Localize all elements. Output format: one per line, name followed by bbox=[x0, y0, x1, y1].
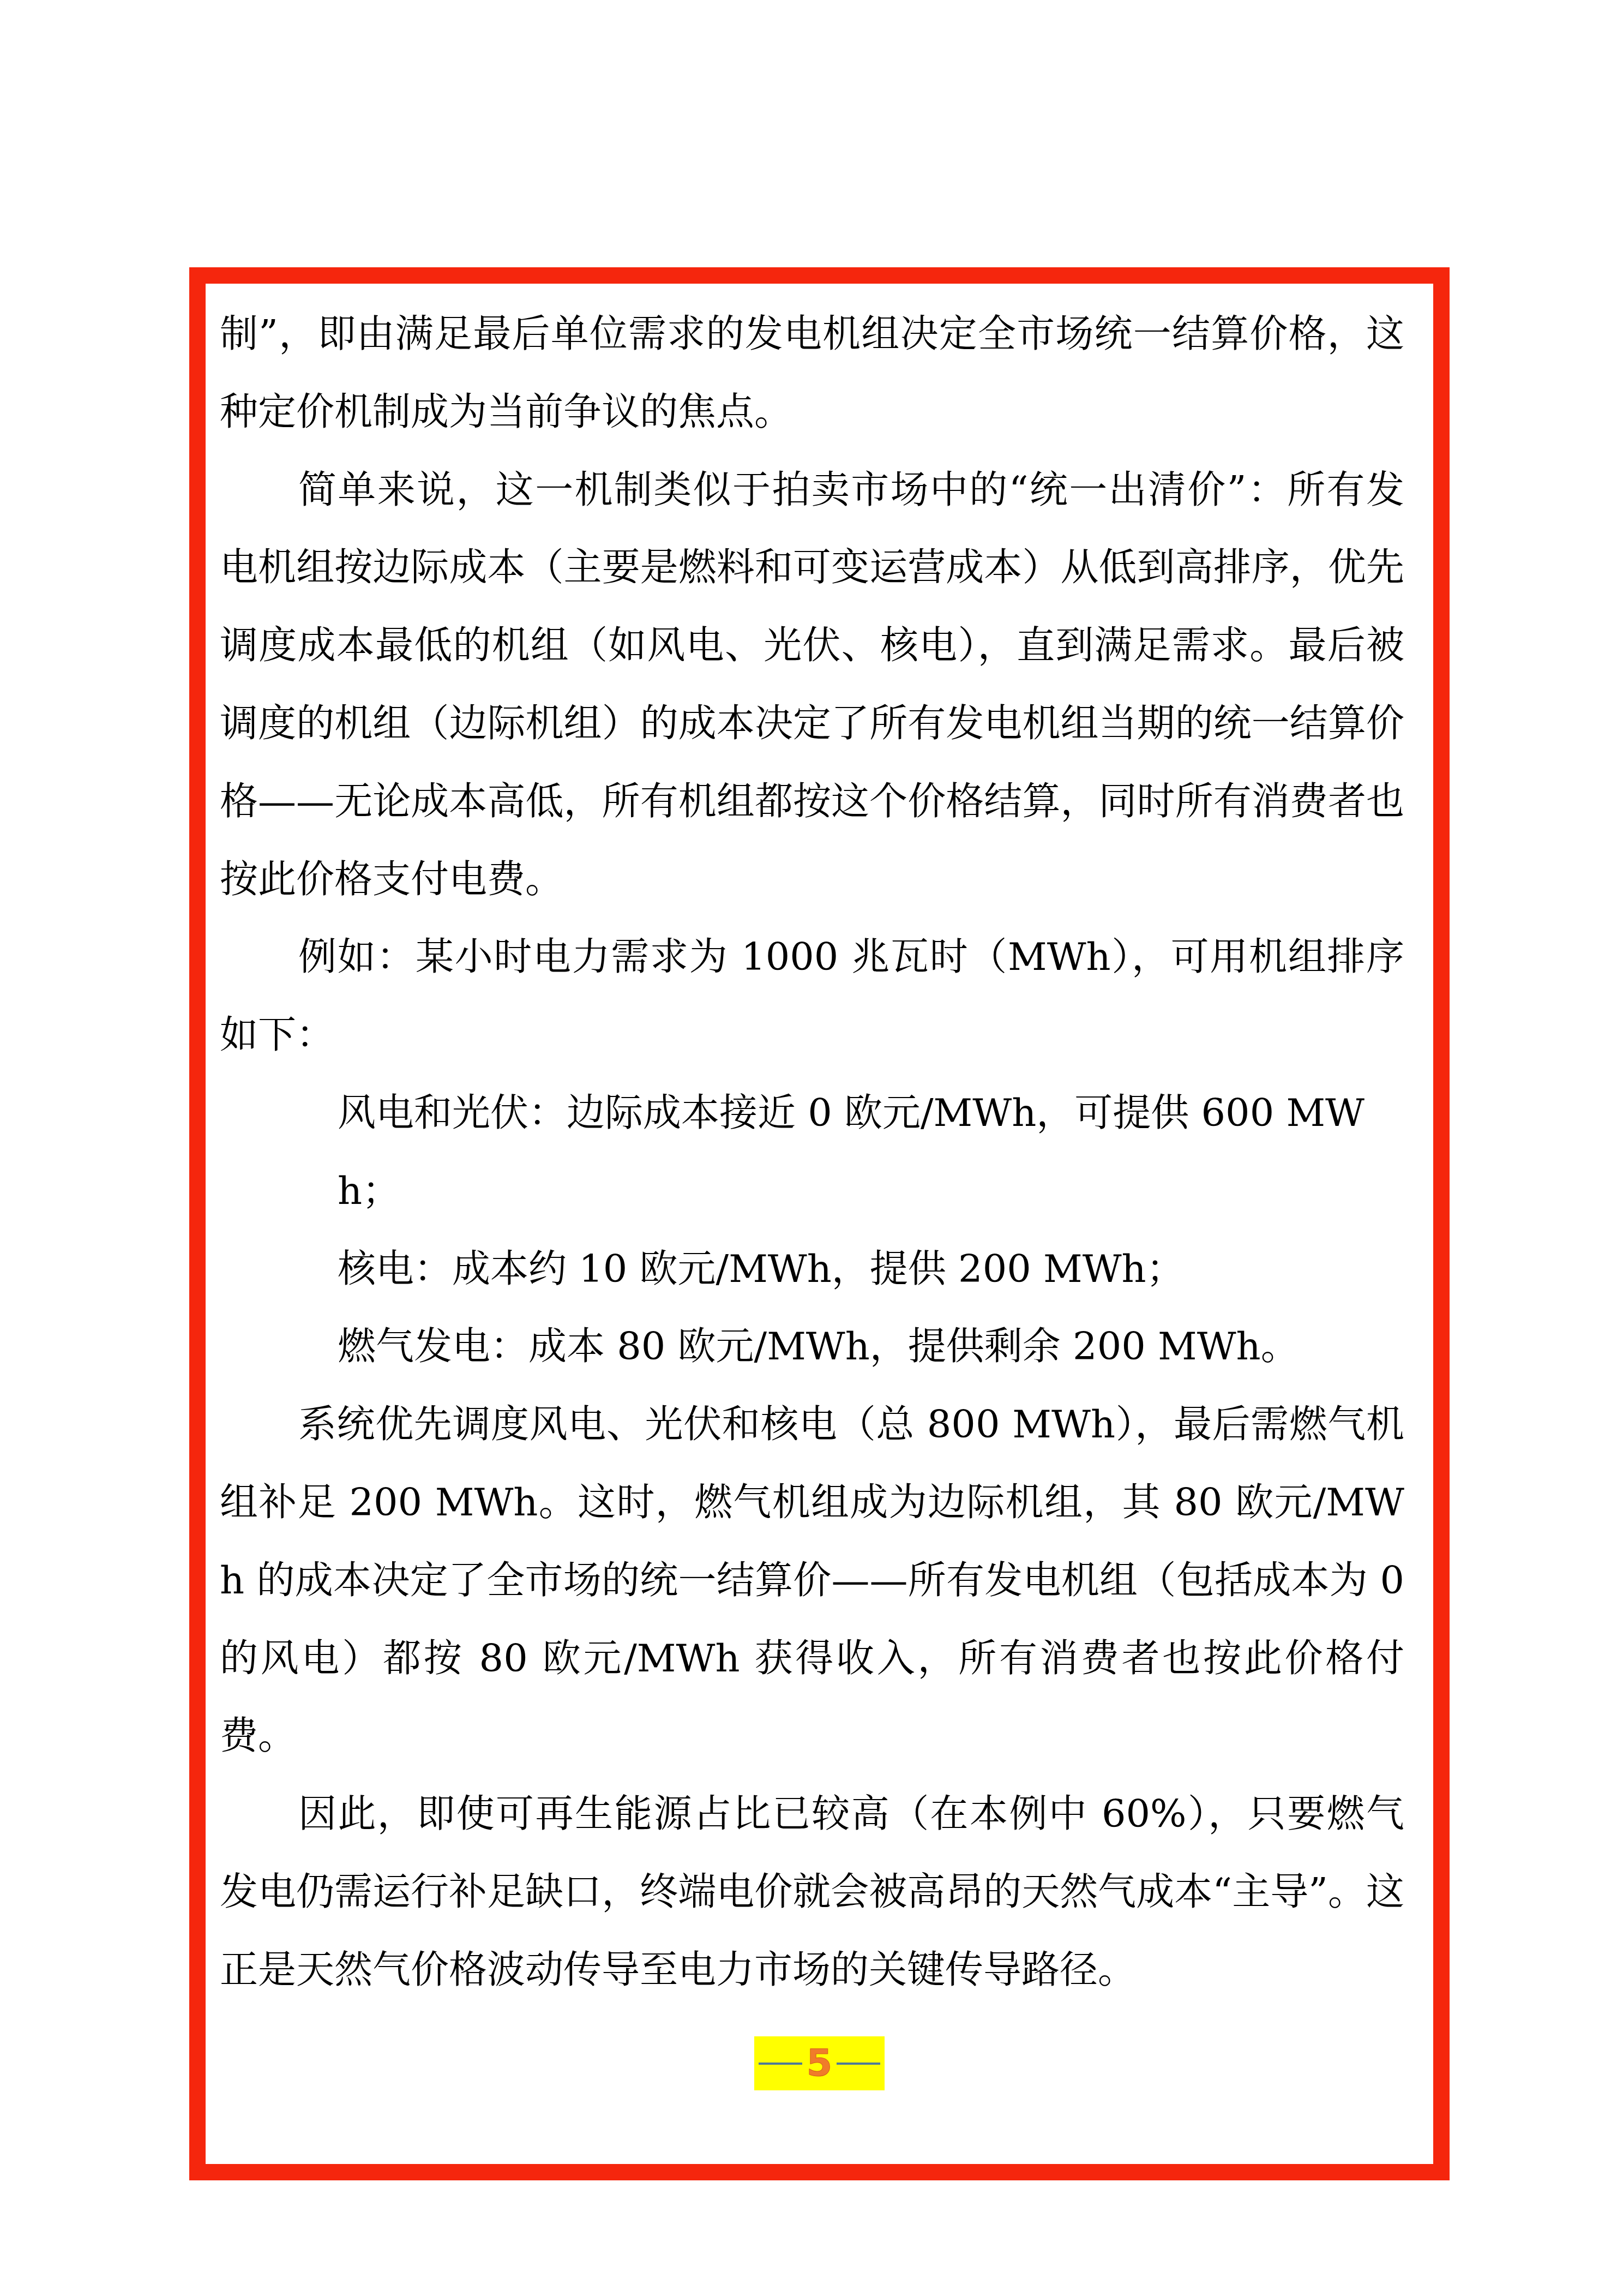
paragraph-continuation: 制”，即由满足最后单位需求的发电机组决定全市场统一结算价格，这种定价机制成为当前… bbox=[220, 295, 1404, 451]
list-item-wind-solar: 风电和光伏：边际成本接近 0 欧元/MWh，可提供 600 MWh； bbox=[220, 1074, 1404, 1230]
dash-left-decoration bbox=[759, 2063, 802, 2065]
dash-right-decoration bbox=[837, 2063, 880, 2065]
paragraph-example-intro: 例如：某小时电力需求为 1000 兆瓦时（MWh），可用机组排序如下： bbox=[220, 918, 1404, 1074]
list-item-nuclear: 核电：成本约 10 欧元/MWh，提供 200 MWh； bbox=[220, 1230, 1404, 1308]
paragraph-pricing-mechanism: 简单来说，这一机制类似于拍卖市场中的“统一出清价”：所有发电机组按边际成本（主要… bbox=[220, 451, 1404, 919]
page-number: 5 bbox=[807, 2045, 832, 2082]
paragraph-conclusion: 因此，即使可再生能源占比已较高（在本例中 60%），只要燃气发电仍需运行补足缺口… bbox=[220, 1775, 1404, 2009]
page-number-badge: 5 bbox=[754, 2036, 885, 2090]
paragraph-dispatch-result: 系统优先调度风电、光伏和核电（总 800 MWh），最后需燃气机组补足 200 … bbox=[220, 1386, 1404, 1775]
list-item-gas: 燃气发电：成本 80 欧元/MWh，提供剩余 200 MWh。 bbox=[220, 1308, 1404, 1386]
document-body: 制”，即由满足最后单位需求的发电机组决定全市场统一结算价格，这种定价机制成为当前… bbox=[220, 295, 1404, 2009]
